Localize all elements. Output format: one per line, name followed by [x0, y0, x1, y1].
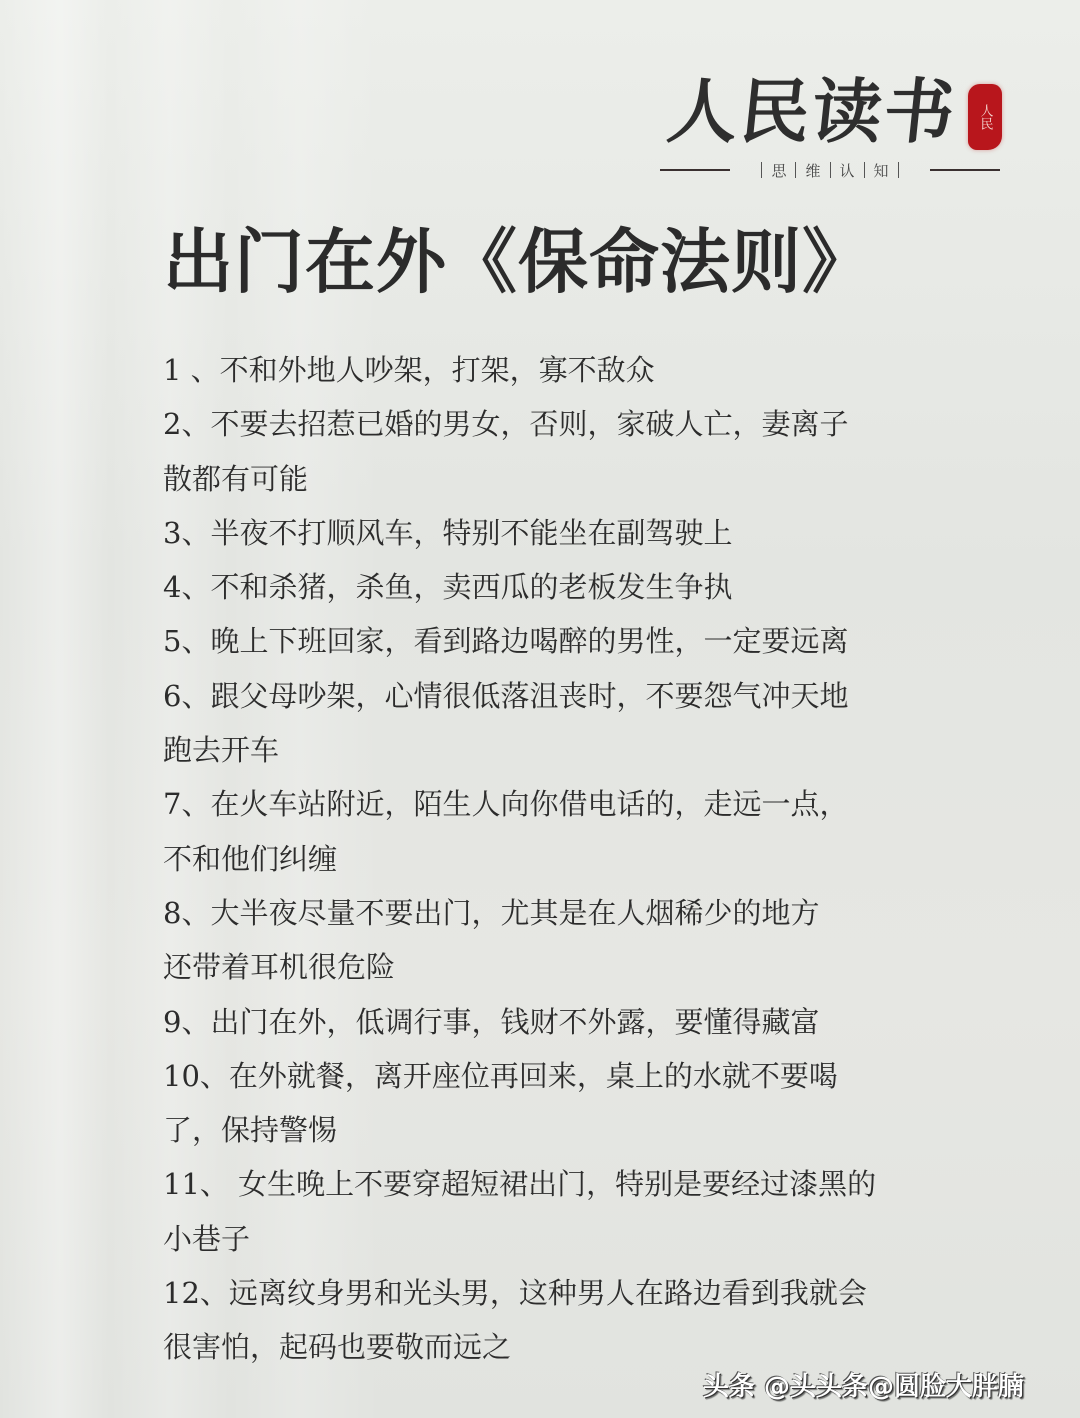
tagline-char: 维: [805, 160, 820, 181]
tagline-separator: [830, 162, 831, 178]
seal-text: 人民: [978, 104, 993, 130]
rule-line: 10、在外就餐，离开座位再回来，桌上的水就不要喝: [163, 1049, 943, 1103]
rule-number: 8、: [163, 896, 210, 930]
rule-number: 10、: [163, 1059, 229, 1093]
rule-item-5: 5、晚上下班回家，看到路边喝醉的男性，一定要远离: [163, 614, 943, 668]
rule-number: 12、: [163, 1276, 229, 1310]
rule-text: 不和外地人吵架，打架，寡不敌众: [220, 353, 655, 387]
rule-number: 1 、: [163, 353, 220, 387]
rule-line: 7、在火车站附近，陌生人向你借电话的，走远一点，: [163, 777, 943, 831]
rule-line: 1 、不和外地人吵架，打架，寡不敌众: [163, 343, 943, 397]
rule-line: 8、大半夜尽量不要出门，尤其是在人烟稀少的地方: [163, 886, 943, 940]
rule-line: 9、出门在外，低调行事，钱财不外露，要懂得藏富: [163, 995, 943, 1049]
rule-line: 6、跟父母吵架，心情很低落沮丧时，不要怨气冲天地: [163, 669, 943, 723]
rule-text: 大半夜尽量不要出门，尤其是在人烟稀少的地方: [210, 896, 819, 930]
rule-item-1: 1 、不和外地人吵架，打架，寡不敌众: [163, 343, 943, 397]
rule-item-3: 3、半夜不打顺风车，特别不能坐在副驾驶上: [163, 506, 943, 560]
rule-item-12: 12、远离纹身男和光头男，这种男人在路边看到我就会 很害怕，起码也要敬而远之: [163, 1266, 943, 1375]
page-title: 出门在外《保命法则》: [163, 222, 873, 302]
rule-number: 9、: [163, 1005, 210, 1039]
rule-number: 7、: [163, 787, 210, 821]
tagline-divider-right: [930, 169, 1000, 171]
brand-logo: 人民读书 人民 思 维 认 知: [660, 72, 1020, 192]
rule-number: 5、: [163, 624, 210, 658]
rule-line: 4、不和杀猪，杀鱼，卖西瓜的老板发生争执: [163, 560, 943, 614]
rule-text: 在火车站附近，陌生人向你借电话的，走远一点，: [210, 787, 848, 821]
rule-number: 3、: [163, 516, 210, 550]
source-watermark: 头条 @头头条@圆脸大胖腩: [703, 1366, 1024, 1403]
tagline-separator: [795, 162, 796, 178]
rule-text: 半夜不打顺风车，特别不能坐在副驾驶上: [210, 516, 732, 550]
rule-line-continued: 不和他们纠缠: [163, 832, 943, 886]
rule-number: 2、: [163, 407, 210, 441]
rule-number: 4、: [163, 570, 210, 604]
rule-line: 2、不要去招惹已婚的男女，否则，家破人亡，妻离子: [163, 397, 943, 451]
tagline-divider-left: [660, 169, 730, 171]
brand-title: 人民读书: [664, 72, 960, 152]
rule-line-continued: 散都有可能: [163, 452, 943, 506]
red-seal-stamp-icon: 人民: [968, 84, 1002, 150]
rule-item-6: 6、跟父母吵架，心情很低落沮丧时，不要怨气冲天地 跑去开车: [163, 669, 943, 778]
rule-item-7: 7、在火车站附近，陌生人向你借电话的，走远一点， 不和他们纠缠: [163, 777, 943, 886]
rule-item-11: 11、 女生晚上不要穿超短裙出门，特别是要经过漆黑的 小巷子: [163, 1157, 943, 1266]
rule-text: 在外就餐，离开座位再回来，桌上的水就不要喝: [229, 1059, 838, 1093]
tagline-separator: [761, 162, 762, 178]
tagline-separator: [864, 162, 865, 178]
rule-line: 11、 女生晚上不要穿超短裙出门，特别是要经过漆黑的: [163, 1157, 943, 1211]
rule-line: 12、远离纹身男和光头男，这种男人在路边看到我就会: [163, 1266, 943, 1320]
tagline-char: 认: [840, 160, 855, 181]
rule-item-4: 4、不和杀猪，杀鱼，卖西瓜的老板发生争执: [163, 560, 943, 614]
rule-line: 3、半夜不打顺风车，特别不能坐在副驾驶上: [163, 506, 943, 560]
tagline-char: 知: [874, 160, 889, 181]
rule-line-continued: 了，保持警惕: [163, 1103, 943, 1157]
rule-item-8: 8、大半夜尽量不要出门，尤其是在人烟稀少的地方 还带着耳机很危险: [163, 886, 943, 995]
rule-text: 不和杀猪，杀鱼，卖西瓜的老板发生争执: [210, 570, 732, 604]
rule-line: 5、晚上下班回家，看到路边喝醉的男性，一定要远离: [163, 614, 943, 668]
tagline-separator: [898, 162, 899, 178]
rule-text: 不要去招惹已婚的男女，否则，家破人亡，妻离子: [210, 407, 848, 441]
rules-list: 1 、不和外地人吵架，打架，寡不敌众 2、不要去招惹已婚的男女，否则，家破人亡，…: [163, 343, 943, 1375]
rule-number: 6、: [163, 679, 210, 713]
rule-text: 远离纹身男和光头男，这种男人在路边看到我就会: [229, 1276, 867, 1310]
rule-text: 女生晚上不要穿超短裙出门，特别是要经过漆黑的: [238, 1167, 876, 1201]
rule-text: 晚上下班回家，看到路边喝醉的男性，一定要远离: [210, 624, 848, 658]
rule-text: 出门在外，低调行事，钱财不外露，要懂得藏富: [210, 1005, 819, 1039]
rule-item-2: 2、不要去招惹已婚的男女，否则，家破人亡，妻离子 散都有可能: [163, 397, 943, 506]
rule-item-10: 10、在外就餐，离开座位再回来，桌上的水就不要喝 了，保持警惕: [163, 1049, 943, 1158]
brand-tagline-row: 思 维 认 知: [660, 156, 1000, 184]
rule-item-9: 9、出门在外，低调行事，钱财不外露，要懂得藏富: [163, 995, 943, 1049]
rule-line-continued: 小巷子: [163, 1212, 943, 1266]
tagline-char: 思: [771, 160, 786, 181]
rule-number: 11、: [163, 1167, 238, 1201]
rule-text: 跟父母吵架，心情很低落沮丧时，不要怨气冲天地: [210, 679, 848, 713]
brand-tagline: 思 维 认 知: [752, 160, 907, 181]
rule-line-continued: 跑去开车: [163, 723, 943, 777]
rule-line-continued: 还带着耳机很危险: [163, 940, 943, 994]
